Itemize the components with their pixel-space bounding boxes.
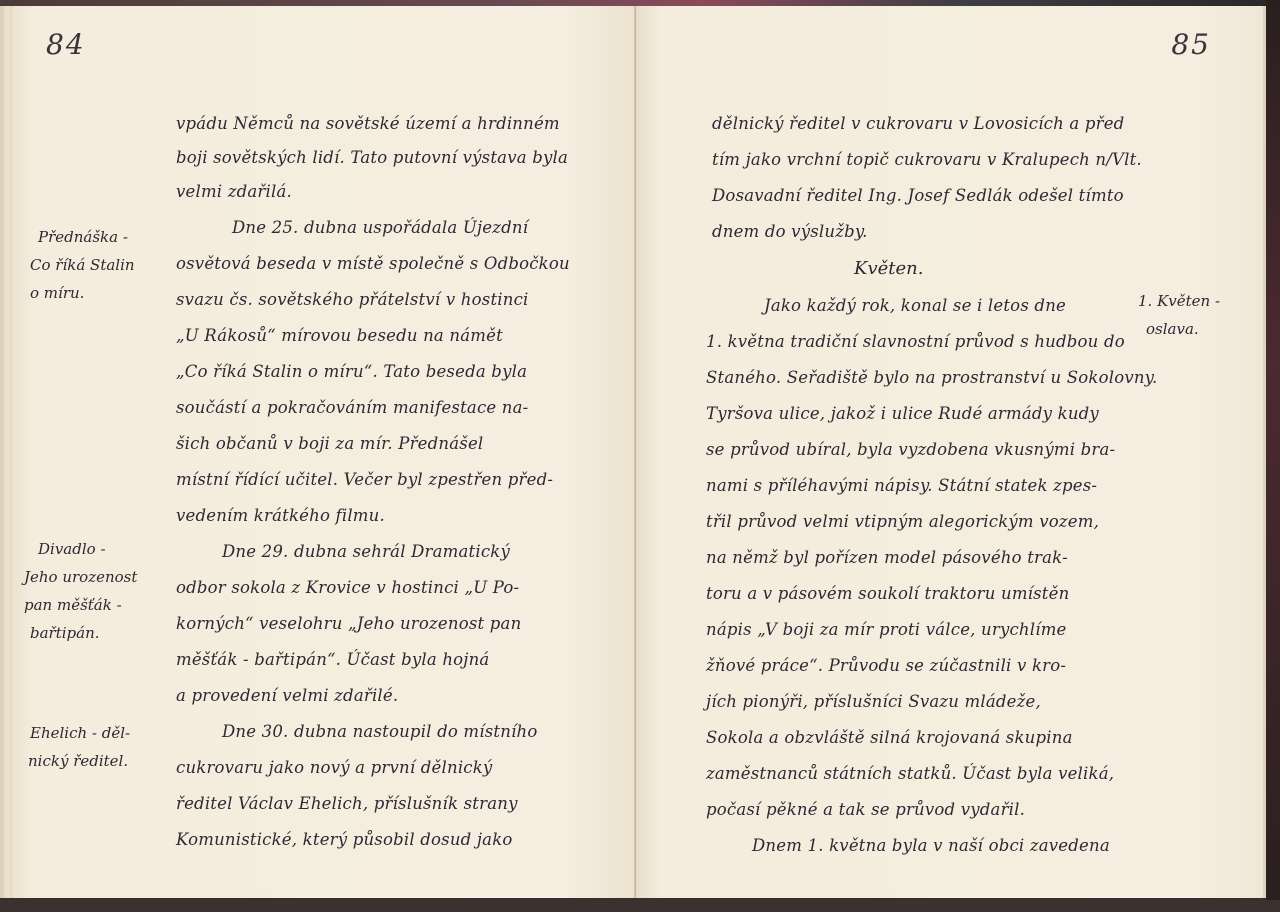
text-line: toru a v pásovém soukolí traktoru umístě… <box>706 584 1069 603</box>
text-line: nami s příléhavými nápisy. Státní statek… <box>706 476 1097 495</box>
text-line: korných“ veselohru „Jeho urozenost pan <box>176 614 521 633</box>
text-line: „Co říká Stalin o míru“. Tato beseda byl… <box>176 362 527 381</box>
margin-note-line: nický ředitel. <box>28 752 128 770</box>
text-line: třil průvod velmi vtipným alegorickým vo… <box>706 512 1099 531</box>
text-line: počasí pěkné a tak se průvod vydařil. <box>706 800 1025 819</box>
text-line: měšťák - bařtipán“. Účast byla hojná <box>176 650 489 669</box>
text-line: dělnický ředitel v cukrovaru v Lovosicíc… <box>712 114 1124 133</box>
text-line: šich občanů v boji za mír. Přednášel <box>176 434 483 453</box>
text-line: Dne 29. dubna sehrál Dramatický <box>222 542 510 561</box>
book-cover-right-edge <box>1266 0 1280 912</box>
margin-note-line: Divadlo - <box>38 540 106 558</box>
text-line: nápis „V boji za mír proti válce, urychl… <box>706 620 1067 639</box>
text-line: osvětová beseda v místě společně s Odboč… <box>176 254 570 273</box>
margin-note-line: o míru. <box>30 284 84 302</box>
section-heading-may: Květen. <box>854 258 923 279</box>
text-line: dnem do výslužby. <box>712 222 868 241</box>
margin-note-line: Ehelich - děl- <box>30 724 130 742</box>
text-line: svazu čs. sovětského přátelství v hostin… <box>176 290 529 309</box>
text-line: Dne 30. dubna nastoupil do místního <box>222 722 538 741</box>
margin-note-line: oslava. <box>1146 320 1199 338</box>
margin-note-line: bařtipán. <box>30 624 100 642</box>
text-line: Komunistické, který působil dosud jako <box>176 830 513 849</box>
margin-note-line: Co říká Stalin <box>30 256 135 274</box>
text-line: Tyršova ulice, jakož i ulice Rudé armády… <box>706 404 1099 423</box>
text-line: odbor sokola z Krovice v hostinci „U Po- <box>176 578 519 597</box>
text-line: velmi zdařilá. <box>176 182 292 201</box>
left-page: 84 Přednáška - Co říká Stalin o míru. Di… <box>0 6 636 898</box>
text-line: žňové práce“. Průvodu se zúčastnili v kr… <box>706 656 1066 675</box>
right-page: 85 1. Květen - oslava. dělnický ředitel … <box>636 6 1266 898</box>
text-line: jích pionýři, příslušníci Svazu mládeže, <box>706 692 1041 711</box>
text-line: součástí a pokračováním manifestace na- <box>176 398 528 417</box>
text-line: Staného. Seřadiště bylo na prostranství … <box>706 368 1157 387</box>
text-line: zaměstnanců státních statků. Účast byla … <box>706 764 1114 783</box>
book-cover-bottom-edge <box>0 900 1280 912</box>
text-line: cukrovaru jako nový a první dělnický <box>176 758 492 777</box>
text-line: ředitel Václav Ehelich, příslušník stran… <box>176 794 518 813</box>
text-line: na němž byl pořízen model pásového trak- <box>706 548 1068 567</box>
margin-note-line: 1. Květen - <box>1138 292 1220 310</box>
text-line: se průvod ubíral, byla vyzdobena vkusným… <box>706 440 1115 459</box>
text-line: Dosavadní ředitel Ing. Josef Sedlák odeš… <box>712 186 1124 205</box>
text-line: místní řídící učitel. Večer byl zpestřen… <box>176 470 553 489</box>
text-line: vpádu Němců na sovětské území a hrdinném <box>176 114 560 133</box>
text-line: 1. května tradiční slavnostní průvod s h… <box>706 332 1125 351</box>
text-line: vedením krátkého filmu. <box>176 506 385 525</box>
margin-note-line: Jeho urozenost <box>24 568 137 586</box>
text-line: Dnem 1. května byla v naší obci zavedena <box>752 836 1110 855</box>
text-line: Jako každý rok, konal se i letos dne <box>764 296 1066 315</box>
page-number-left: 84 <box>46 28 86 61</box>
page-number-right: 85 <box>1171 28 1211 61</box>
margin-note-line: pan měšťák - <box>24 596 122 614</box>
text-line: tím jako vrchní topič cukrovaru v Kralup… <box>712 150 1142 169</box>
text-line: boji sovětských lidí. Tato putovní výsta… <box>176 148 568 167</box>
text-line: Sokola a obzvláště silná krojovaná skupi… <box>706 728 1073 747</box>
text-line: a provedení velmi zdařilé. <box>176 686 398 705</box>
text-line: Dne 25. dubna uspořádala Újezdní <box>232 218 528 237</box>
margin-note-line: Přednáška - <box>38 228 128 246</box>
text-line: „U Rákosů“ mírovou besedu na námět <box>176 326 503 345</box>
